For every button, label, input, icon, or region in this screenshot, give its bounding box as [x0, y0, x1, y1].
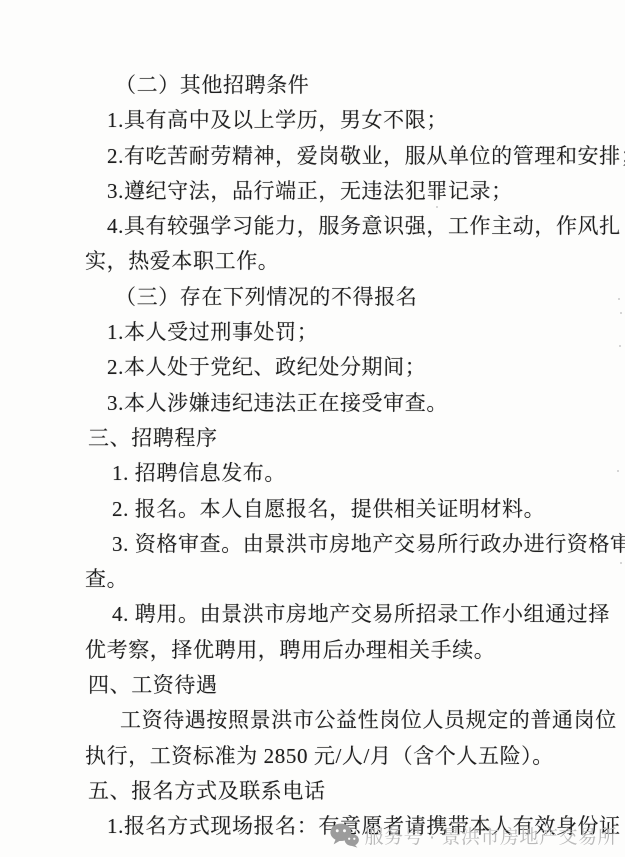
- text-line: 三、招聘程序: [85, 421, 615, 456]
- text-line: 1.具有高中及以上学历，男女不限；: [85, 103, 615, 138]
- text-line: 执行，工资标准为 2850 元/人/月（含个人五险）。: [85, 739, 615, 774]
- text-line: 实，热爱本职工作。: [85, 244, 615, 279]
- watermark: 服务号 · 景洪市房地产交易所: [330, 822, 617, 849]
- text-line: 1. 招聘信息发布。: [85, 456, 615, 491]
- text-line: 1.本人受过刑事处罚；: [85, 315, 615, 350]
- text-line: 查。: [85, 562, 615, 597]
- text-line: 2. 报名。本人自愿报名，提供相关证明材料。: [85, 492, 615, 527]
- document-page: （二）其他招聘条件1.具有高中及以上学历，男女不限；2.有吃苦耐劳精神，爱岗敬业…: [0, 0, 625, 857]
- scan-speck: [620, 312, 622, 314]
- scan-speck: [436, 206, 438, 208]
- text-line: 3.本人涉嫌违纪违法正在接受审查。: [85, 386, 615, 421]
- text-line: 3. 资格审查。由景洪市房地产交易所行政办进行资格审: [85, 527, 615, 562]
- document-text: （二）其他招聘条件1.具有高中及以上学历，男女不限；2.有吃苦耐劳精神，爱岗敬业…: [85, 68, 615, 845]
- wechat-icon: [330, 823, 359, 848]
- text-line: 优考察，择优聘用，聘用后办理相关手续。: [85, 633, 615, 668]
- text-line: （二）其他招聘条件: [85, 68, 615, 103]
- watermark-text: 服务号 · 景洪市房地产交易所: [365, 822, 617, 849]
- scan-speck: [620, 562, 622, 564]
- text-line: 2.本人处于党纪、政纪处分期间；: [85, 350, 615, 385]
- text-line: 五、报名方式及联系电话: [85, 774, 615, 809]
- scan-speck: [617, 470, 619, 472]
- text-line: （三）存在下列情况的不得报名: [85, 280, 615, 315]
- scan-speck: [619, 345, 621, 347]
- scan-speck: [618, 298, 620, 300]
- text-line: 3.遵纪守法，品行端正，无违法犯罪记录；: [85, 174, 615, 209]
- text-line: 工资待遇按照景洪市公益性岗位人员规定的普通岗位: [85, 703, 615, 738]
- text-line: 4. 聘用。由景洪市房地产交易所招录工作小组通过择: [85, 597, 615, 632]
- text-line: 四、工资待遇: [85, 668, 615, 703]
- text-line: 4.具有较强学习能力，服务意识强，工作主动，作风扎: [85, 209, 615, 244]
- text-line: 2.有吃苦耐劳精神，爱岗敬业，服从单位的管理和安排；: [85, 139, 615, 174]
